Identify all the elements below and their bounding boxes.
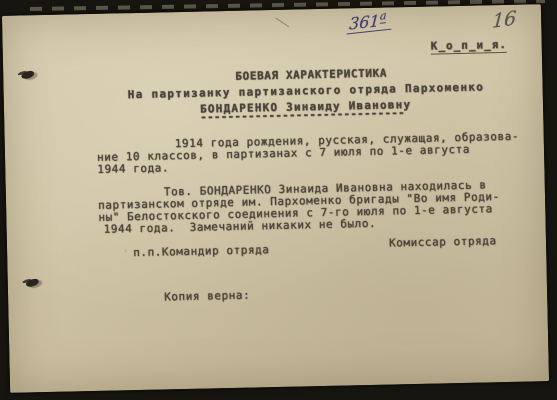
ink-blot-top: [21, 70, 35, 80]
handwritten-page-number: 16: [492, 7, 517, 33]
ink-blot-bottom: [25, 278, 39, 288]
document-title: БОЕВАЯ ХАРАКТЕРИСТИКА: [235, 67, 387, 83]
document-paper: 361а 16 К_о_п_и_я. БОЕВАЯ ХАРАКТЕРИСТИКА…: [2, 4, 549, 393]
paragraph1-line3: 1944 года.: [97, 161, 169, 176]
copy-stamp-label: К_о_п_и_я.: [431, 38, 508, 55]
archive-number-superscript: а: [379, 9, 386, 24]
scanned-archive-page: { "colors": { "background": "#17150f", "…: [0, 0, 557, 400]
archive-number-text: 361: [349, 11, 381, 34]
signature-commander: п.п.Командир отряда: [133, 243, 270, 259]
handwritten-archive-number: 361а: [347, 8, 393, 35]
signature-commissar: Комиссар отряда: [389, 234, 497, 249]
pencil-tick-mark: [275, 17, 289, 27]
document-subtitle: На партизанку партизанского отряда Пархо…: [128, 80, 485, 101]
copy-certification-line: Копия верна:: [164, 289, 250, 304]
